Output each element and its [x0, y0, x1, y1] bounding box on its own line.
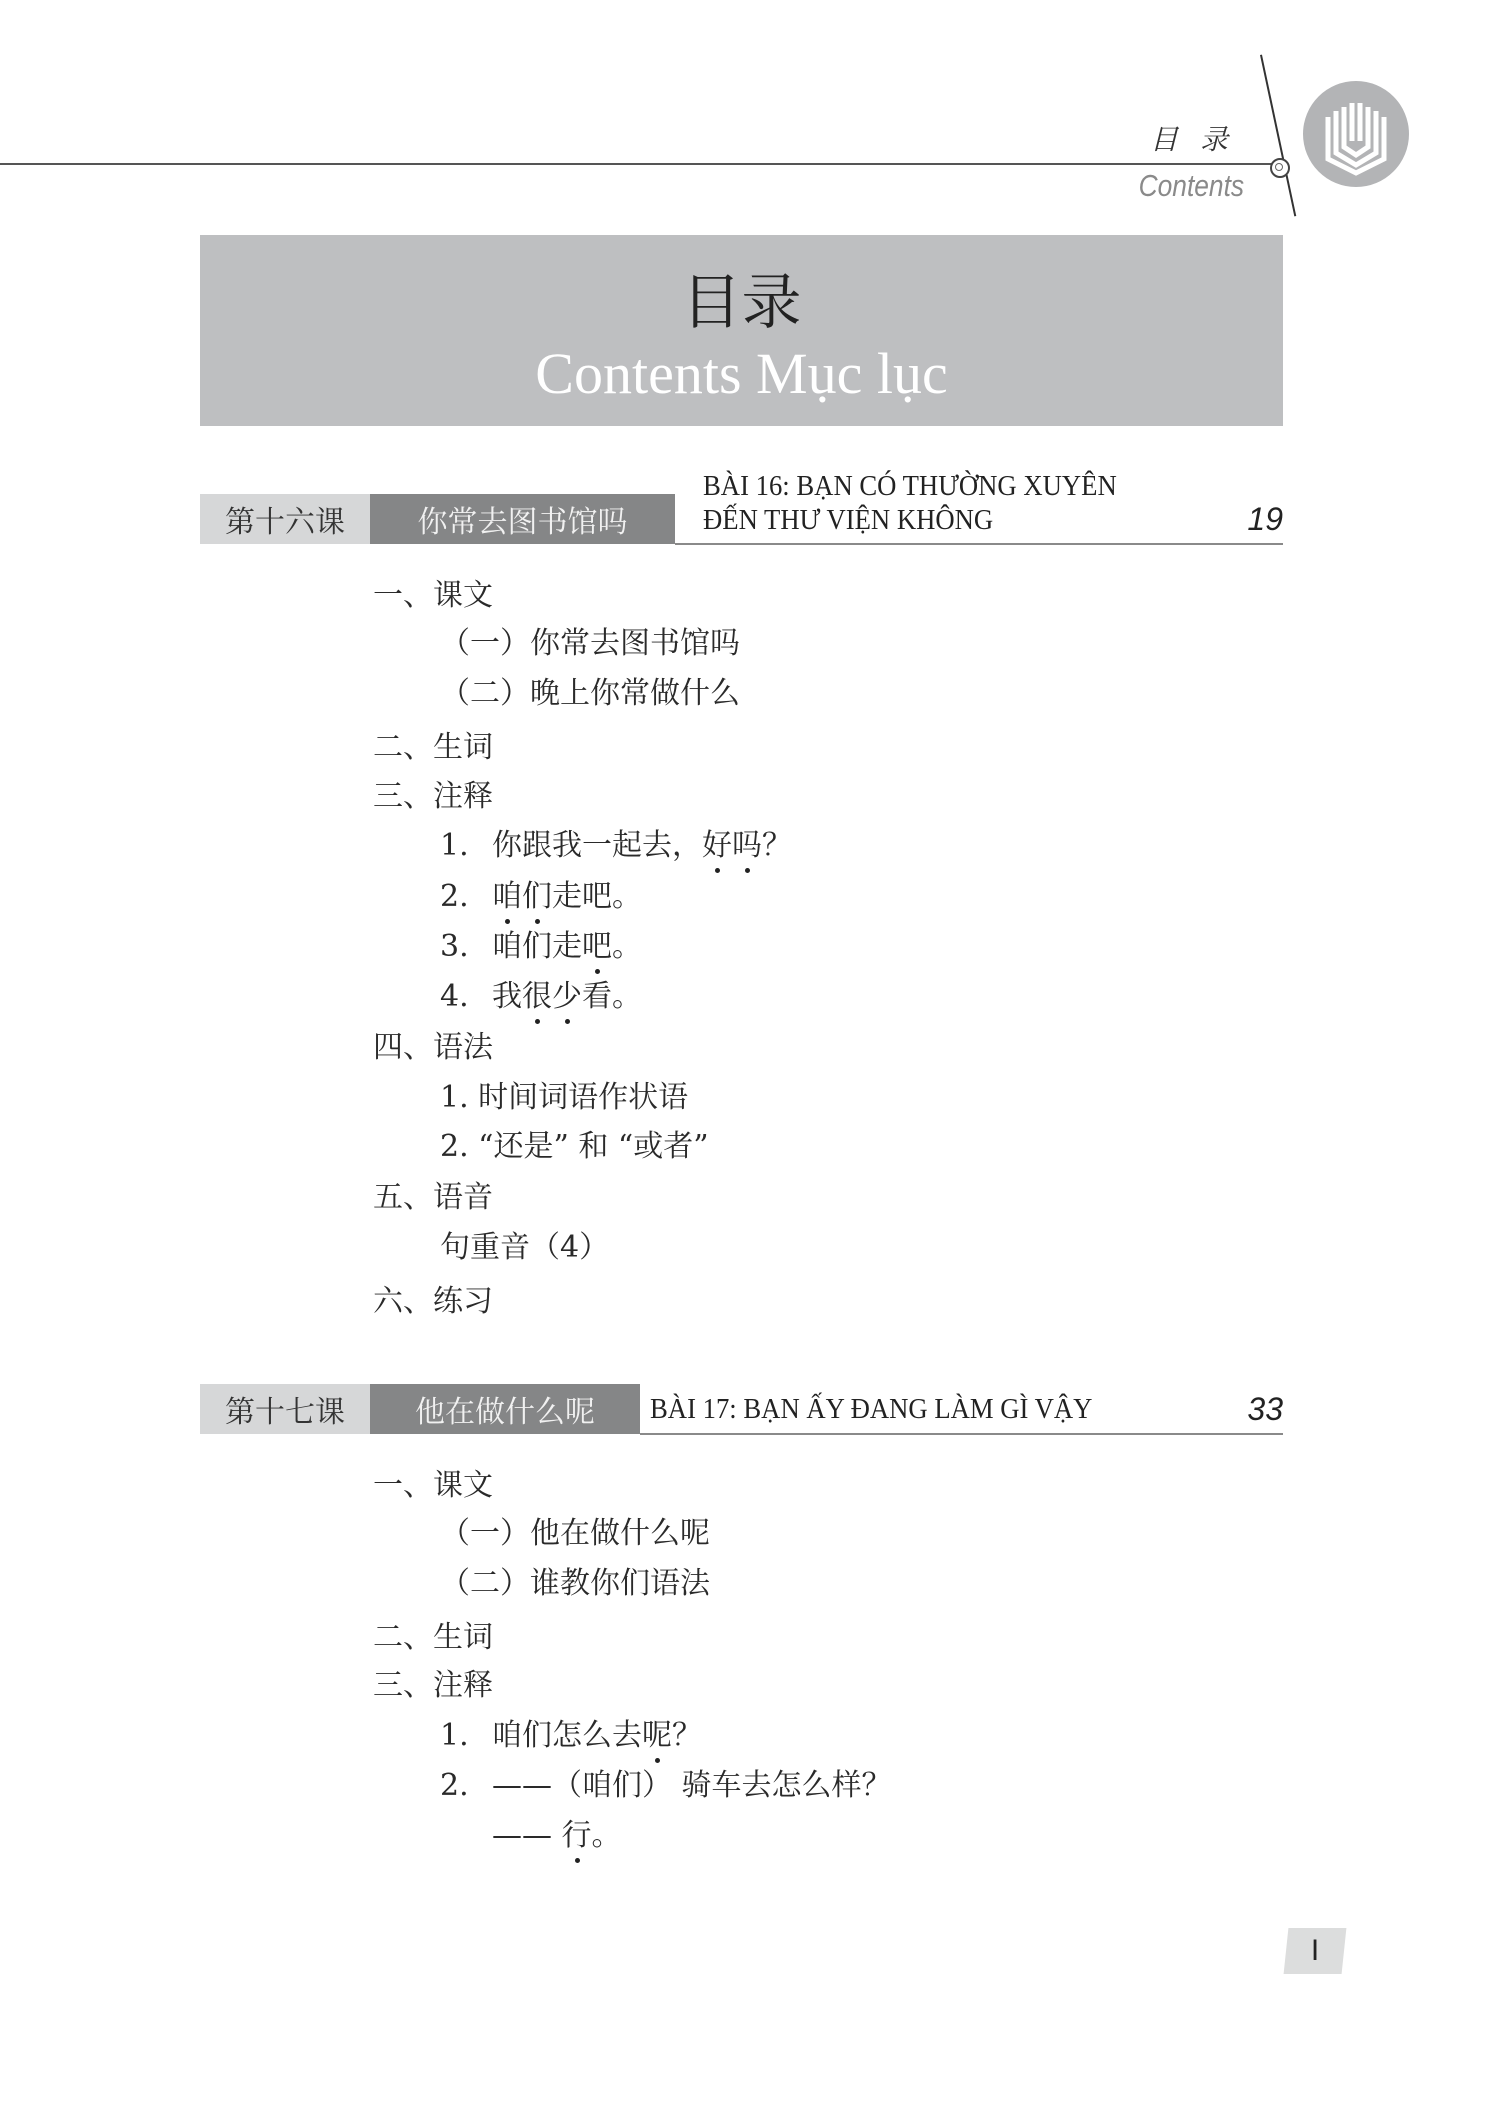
header-divider-line — [1260, 55, 1296, 217]
toc-item[interactable]: 一、课文 — [373, 1460, 493, 1504]
lesson-17-header[interactable]: 第十七课 他在做什么呢 BÀI 17: BẠN ẤY ĐANG LÀM GÌ V… — [200, 1384, 1283, 1434]
lesson-number: 第十七课 — [200, 1384, 370, 1434]
toc-subitem[interactable]: （一）他在做什么呢 — [440, 1508, 710, 1552]
page-number: I — [1286, 1928, 1344, 1974]
toc-subitem[interactable]: 2.咱们走吧。 — [440, 871, 642, 915]
toc-item[interactable]: 三、注释 — [373, 1660, 493, 1704]
contents-title-band: 目录 Contents Mục lục — [200, 235, 1283, 426]
toc-subitem[interactable]: 4.我很少看。 — [440, 971, 642, 1015]
toc-item[interactable]: 二、生词 — [373, 722, 493, 766]
toc-subitem[interactable]: （一）你常去图书馆吗 — [440, 618, 740, 662]
lesson-underline — [640, 1433, 1283, 1435]
toc-subitem-continuation: —— 行。 — [492, 1810, 622, 1854]
lesson-16-header[interactable]: 第十六课 你常去图书馆吗 BÀI 16: BẠN CÓ THƯỜNG XUYÊN… — [200, 494, 1283, 544]
lesson-chinese-title: 你常去图书馆吗 — [370, 494, 675, 544]
toc-subitem[interactable]: 3.咱们走吧。 — [440, 921, 642, 965]
toc-item[interactable]: 二、生词 — [373, 1612, 493, 1656]
lesson-page-number: 33 — [1247, 1391, 1283, 1428]
header-ring-ornament — [1270, 158, 1290, 178]
toc-subitem[interactable]: 1. 时间词语作状语 — [440, 1072, 688, 1116]
toc-item[interactable]: 五、语音 — [373, 1172, 493, 1216]
running-header-chinese: 目录 — [1150, 118, 1250, 158]
toc-subitem[interactable]: 1.咱们怎么去呢？ — [440, 1710, 702, 1754]
toc-subitem[interactable]: （二）晚上你常做什么 — [440, 668, 740, 712]
toc-subitem[interactable]: （二）谁教你们语法 — [440, 1558, 710, 1602]
toc-subitem[interactable]: 1.你跟我一起去，好吗？ — [440, 820, 792, 864]
lesson-vietnamese-title: BÀI 16: BẠN CÓ THƯỜNG XUYÊN ĐẾN THƯ VIỆN… — [703, 469, 1117, 537]
toc-item[interactable]: 四、语法 — [373, 1022, 493, 1066]
open-book-logo-icon — [1303, 81, 1409, 187]
toc-subitem[interactable]: 2.——（咱们） 骑车去怎么样？ — [440, 1760, 892, 1804]
lesson-underline — [675, 543, 1283, 545]
toc-item[interactable]: 六、练习 — [373, 1276, 493, 1320]
toc-item[interactable]: 一、课文 — [373, 570, 493, 614]
lesson-chinese-title: 他在做什么呢 — [370, 1384, 640, 1434]
toc-subitem[interactable]: 句重音（4） — [440, 1222, 609, 1266]
lesson-page-number: 19 — [1247, 501, 1283, 538]
running-header-english: Contents — [1139, 168, 1244, 204]
title-chinese: 目录 — [200, 255, 1283, 341]
header-rule — [0, 163, 1278, 165]
toc-subitem[interactable]: 2. “还是” 和 “或者” — [440, 1121, 709, 1165]
lesson-number: 第十六课 — [200, 494, 370, 544]
toc-item[interactable]: 三、注释 — [373, 771, 493, 815]
title-english-vietnamese: Contents Mục lục — [200, 340, 1283, 407]
lesson-vietnamese-title: BÀI 17: BẠN ẤY ĐANG LÀM GÌ VẬY — [650, 1392, 1092, 1426]
